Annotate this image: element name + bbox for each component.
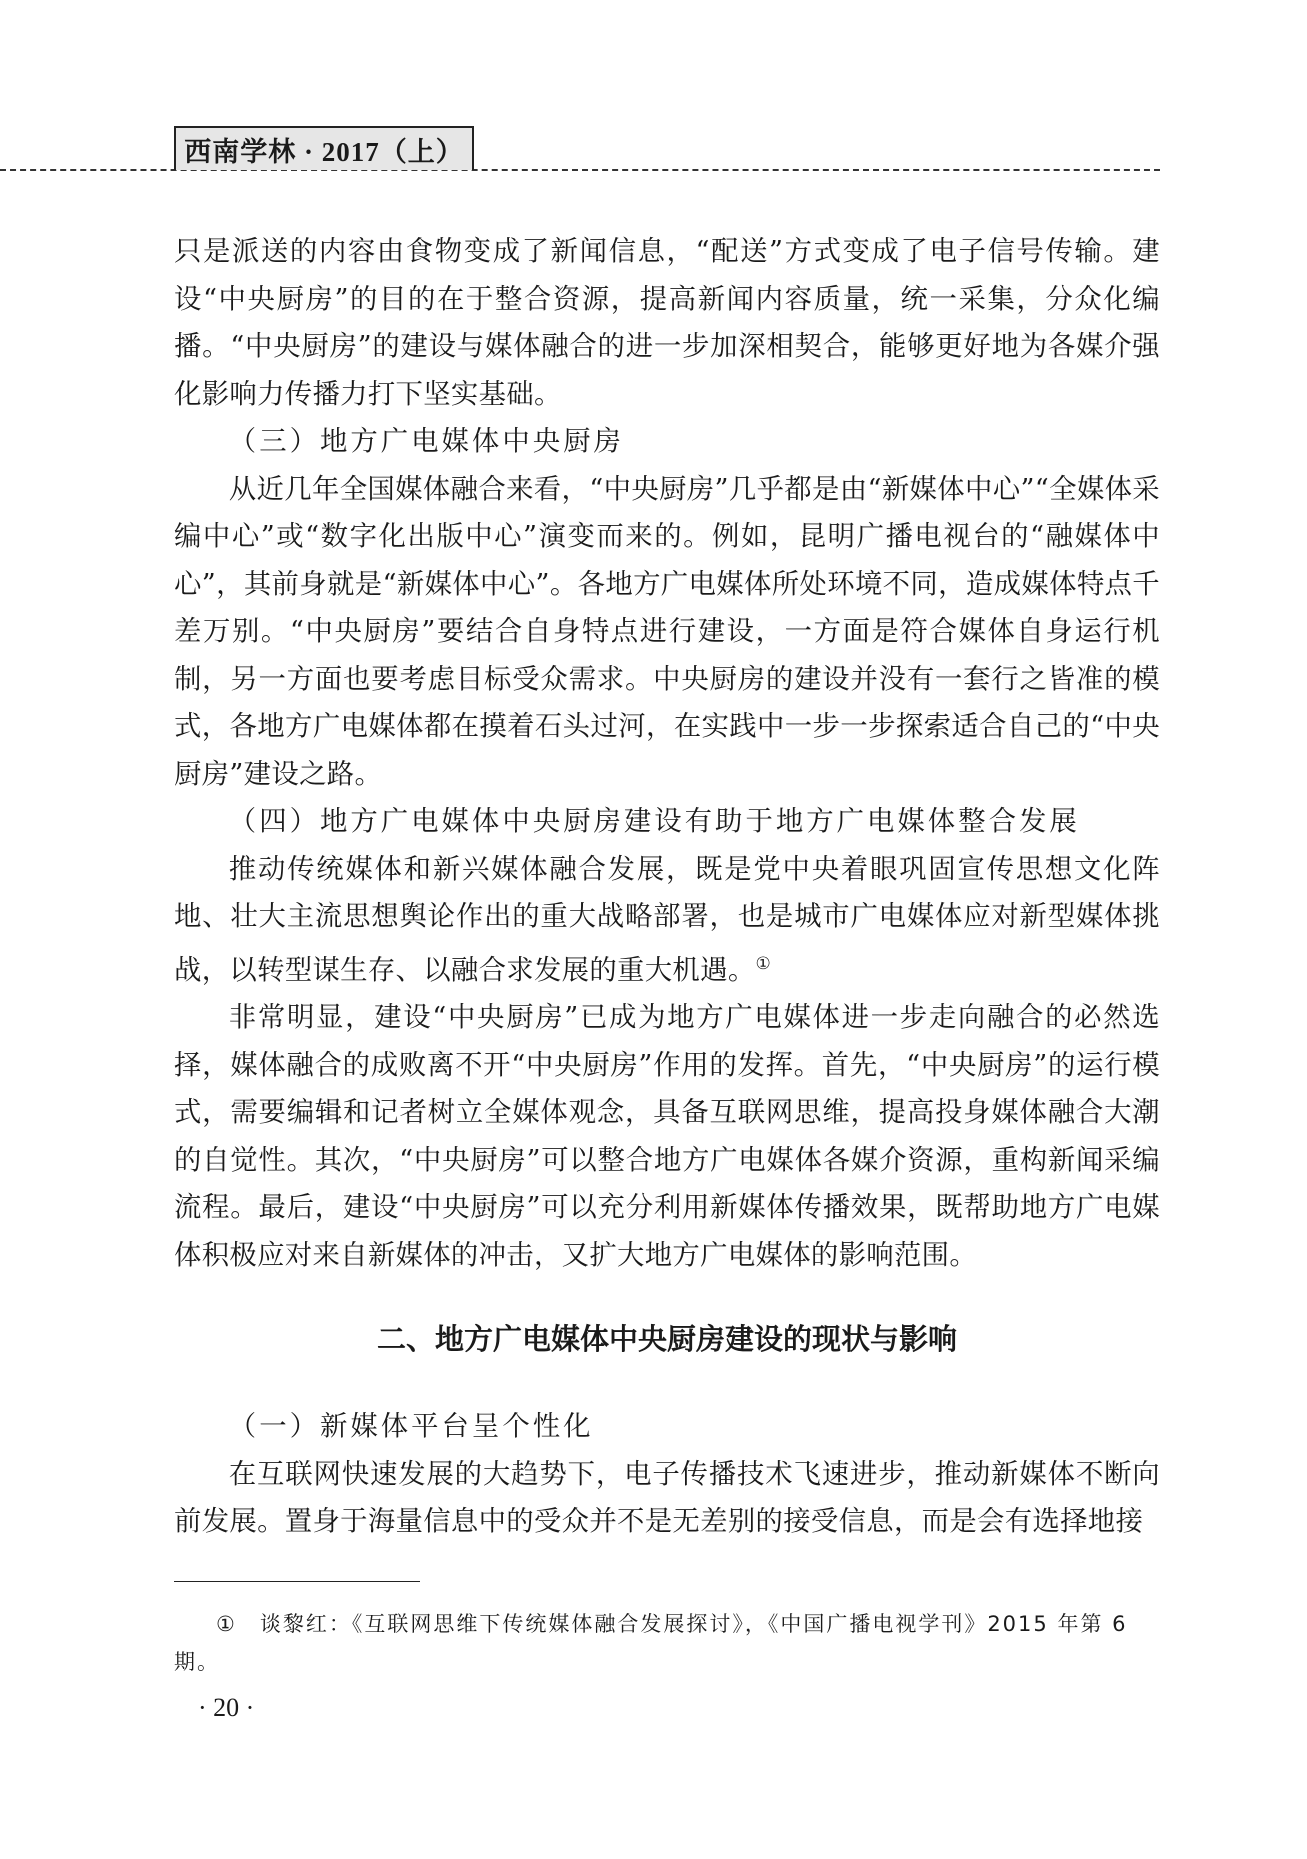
footnote: ① 谈黎红：《互联网思维下传统媒体融合发展探讨》，《中国广播电视学刊》2015 … <box>174 1605 1160 1681</box>
section-heading: 二、地方广电媒体中央厨房建设的现状与影响 <box>174 1316 1160 1363</box>
paragraph-text: 推动传统媒体和新兴媒体融合发展，既是党中央着眼巩固宣传思想文化阵地、壮大主流思想… <box>174 854 1160 986</box>
journal-title: 西南学林 · 2017（上） <box>184 130 464 169</box>
paragraph: 非常明显，建设“中央厨房”已成为地方广电媒体进一步走向融合的必然选择，媒体融合的… <box>174 994 1160 1279</box>
running-header: 西南学林 · 2017（上） <box>174 126 474 170</box>
subheading: （四）地方广电媒体中央厨房建设有助于地方广电媒体整合发展 <box>174 798 1160 846</box>
page-number: · 20 · <box>198 1693 254 1723</box>
paragraph: 只是派送的内容由食物变成了新闻信息，“配送”方式变成了电子信号传输。建设“中央厨… <box>174 228 1160 418</box>
paragraph: 在互联网快速发展的大趋势下，电子传播技术飞速进步，推动新媒体不断向前发展。置身于… <box>174 1451 1160 1546</box>
paragraph-with-footnote: 推动传统媒体和新兴媒体融合发展，既是党中央着眼巩固宣传思想文化阵地、壮大主流思想… <box>174 846 1160 995</box>
paragraph: 从近几年全国媒体融合来看，“中央厨房”几乎都是由“新媒体中心”“全媒体采编中心”… <box>174 466 1160 799</box>
subheading: （一）新媒体平台呈个性化 <box>174 1403 1160 1451</box>
footnote-divider <box>174 1581 420 1582</box>
subheading: （三）地方广电媒体中央厨房 <box>174 418 1160 466</box>
footnote-reference[interactable]: ① <box>756 954 772 974</box>
article-body: 只是派送的内容由食物变成了新闻信息，“配送”方式变成了电子信号传输。建设“中央厨… <box>174 228 1160 1546</box>
